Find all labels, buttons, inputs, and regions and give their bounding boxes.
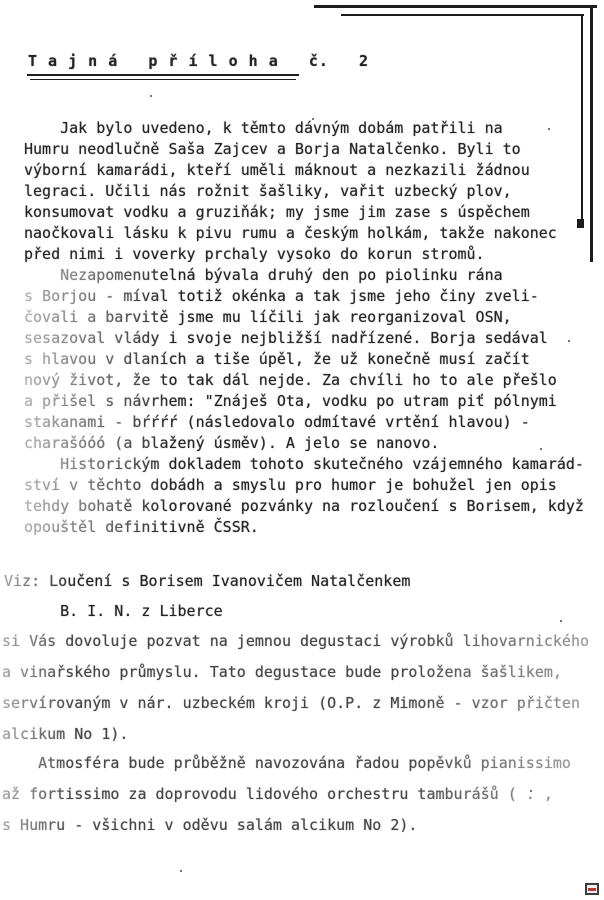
text-line: si Vás dovoluje pozvat na jemnou degusta… [2,626,589,657]
text-line: Nezapomenutelná bývala druhý den po piol… [24,265,557,286]
section-label: Viz: [4,572,49,590]
text-line: s hlavou v dlaních a tiše úpěl, že už ko… [24,349,557,370]
text-line: a vinařského průmyslu. Tato degustace bu… [2,657,589,688]
text-line: charašóóó (a blažený úsměv). A jelo se n… [24,433,557,454]
text-line: Humru neodlučně Saša Zajcev a Borja Nata… [24,139,557,160]
text-line: a přišel s návrhem: "Znáješ Ota, vodku p… [24,391,557,412]
text-line: s Borjou - míval totiž okénka a tak jsme… [24,286,557,307]
text-line: opouštěl definitivně ČSSR. [24,517,584,538]
text-line: naočkovali lásku k pivu rumu a českým ho… [24,223,557,244]
paper-speck [530,790,532,792]
paragraph-1: Jak bylo uvedeno, k těmto dávným dobám p… [24,118,557,265]
paragraph-5: Atmosféra bude průběžně navozována řadou… [2,748,571,841]
paragraph-3: Historickým dokladem tohoto skutečného v… [24,454,584,538]
text-line: až fortissimo za doprovodu lidového orch… [2,779,571,810]
corner-red-bar [588,888,596,891]
section-heading: Viz: Loučení s Borisem Ivanovičem Natalč… [4,572,410,590]
paper-speck [548,128,550,130]
section-title-underlined: Loučení s Borisem Ivanovičem Natalčenkem [49,572,410,593]
text-line: Jak bylo uvedeno, k těmto dávným dobám p… [24,118,557,139]
text-line: s Humru - všichni v oděvu salám alcikum … [2,810,571,841]
text-line: čovali a barvitě jsme mu líčili jak reor… [24,307,557,328]
frame-top-outer-line [314,5,597,8]
title-underline-bottom [30,79,296,80]
paper-speck [568,340,570,342]
text-line: stakanami - bŕŕŕŕ (následovalo odmítavé … [24,412,557,433]
paper-speck [312,118,314,120]
text-line: sesazoval vlády i svoje nejbližší nadříz… [24,328,557,349]
frame-right-inner-line [581,14,583,224]
text-line: Atmosféra bude průběžně navozována řadou… [2,748,571,779]
salutation-line: B. I. N. z Liberce [24,602,223,620]
text-line: alcikum No 1). [2,719,589,750]
paragraph-2: Nezapomenutelná bývala druhý den po piol… [24,265,557,454]
scan-corner-mark-icon [585,883,599,895]
paper-speck [150,95,152,97]
document-title: T a j n á p ř í l o h a č. 2 [28,52,369,70]
scanned-page: T a j n á p ř í l o h a č. 2 Jak bylo uv… [0,0,604,900]
text-line: ství v těchto dobádh a smyslu pro humor … [24,475,584,496]
text-line: legraci. Učili nás rožnit šašliky, vařit… [24,181,557,202]
text-line: servírovaným v nár. uzbeckém kroji (O.P.… [2,688,589,719]
paragraph-4: si Vás dovoluje pozvat na jemnou degusta… [2,626,589,750]
paper-speck [560,620,562,622]
text-line: výborní kamarádi, kteří uměli máknout a … [24,160,557,181]
frame-right-foot-mark [577,219,584,228]
text-line: před nimi i voverky prchaly vysoko do ko… [24,244,557,265]
text-line: konsumovat vodku a gruziňák; my jsme jim… [24,202,557,223]
text-line: nový život, že to tak dál nejde. Za chví… [24,370,557,391]
text-line: tehdy bohatě kolorované pozvánky na rozl… [24,496,584,517]
title-underline-top [27,74,299,76]
frame-right-outer-line [590,5,593,262]
text-line: Historickým dokladem tohoto skutečného v… [24,454,584,475]
paper-speck [180,870,182,872]
frame-top-inner-line [341,14,584,16]
paper-speck [540,448,542,450]
